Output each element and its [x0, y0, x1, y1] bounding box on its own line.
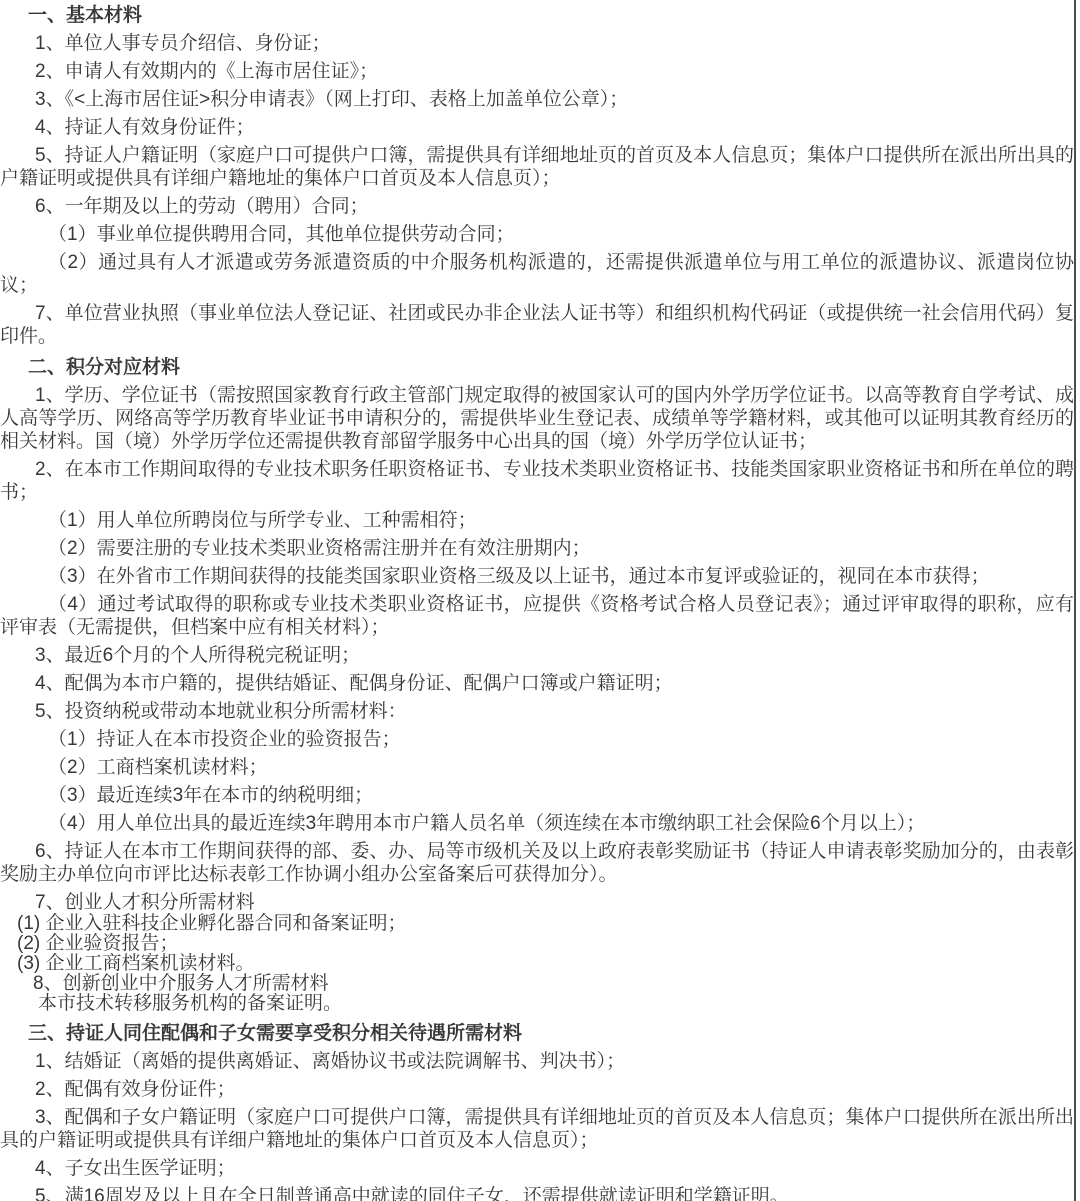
- document-body: 一、基本材料1、单位人事专员介绍信、身份证；2、申请人有效期内的《上海市居住证》…: [0, 0, 1076, 1201]
- tight-list-item: (2) 企业验资报告；: [0, 934, 1074, 954]
- sub-list-item: （4）用人单位出具的最近连续3年聘用本市户籍人员名单（须连续在本市缴纳职工社会保…: [0, 812, 1074, 835]
- sub-list-item: （1）用人单位所聘岗位与所学专业、工种需相符；: [0, 509, 1074, 532]
- sub-list-item: （2）需要注册的专业技术类职业资格需注册并在有效注册期内；: [0, 537, 1074, 560]
- list-item: 1、单位人事专员介绍信、身份证；: [0, 32, 1074, 55]
- list-item: 6、一年期及以上的劳动（聘用）合同；: [0, 195, 1074, 218]
- list-item: 5、满16周岁及以上且在全日制普通高中就读的同住子女，还需提供就读证明和学籍证明…: [0, 1185, 1074, 1201]
- list-item: 3、最近6个月的个人所得税完税证明；: [0, 644, 1074, 667]
- sub-list-item: （3）最近连续3年在本市的纳税明细；: [0, 784, 1074, 807]
- list-item: 4、子女出生医学证明；: [0, 1157, 1074, 1180]
- list-item: 2、配偶有效身份证件；: [0, 1078, 1074, 1101]
- tight-list-item: 8、创新创业中介服务人才所需材料: [0, 974, 1074, 994]
- list-item: 2、在本市工作期间取得的专业技术职务任职资格证书、专业技术类职业资格证书、技能类…: [0, 458, 1074, 504]
- list-item: 7、单位营业执照（事业单位法人登记证、社团或民办非企业法人证书等）和组织机构代码…: [0, 302, 1074, 348]
- sub-list-item: （1）持证人在本市投资企业的验资报告；: [0, 728, 1074, 751]
- list-item: 1、学历、学位证书（需按照国家教育行政主管部门规定取得的被国家认可的国内外学历学…: [0, 384, 1074, 453]
- list-item: 5、投资纳税或带动本地就业积分所需材料：: [0, 700, 1074, 723]
- list-item: 1、结婚证（离婚的提供离婚证、离婚协议书或法院调解书、判决书）；: [0, 1050, 1074, 1073]
- list-item: 3、《<上海市居住证>积分申请表》（网上打印、表格上加盖单位公章）；: [0, 88, 1074, 111]
- section-heading: 二、积分对应材料: [0, 356, 1074, 379]
- section-heading: 一、基本材料: [0, 4, 1074, 27]
- sub-list-item: （2）工商档案机读材料；: [0, 756, 1074, 779]
- list-item: 7、创业人才积分所需材料: [0, 891, 1074, 914]
- list-item: 6、持证人在本市工作期间获得的部、委、办、局等市级机关及以上政府表彰奖励证书（持…: [0, 840, 1074, 886]
- tight-list-item: (3) 企业工商档案机读材料。: [0, 954, 1074, 974]
- sub-list-item: （1）事业单位提供聘用合同，其他单位提供劳动合同；: [0, 223, 1074, 246]
- sub-list-item: （4）通过考试取得的职称或专业技术类职业资格证书，应提供《资格考试合格人员登记表…: [0, 593, 1074, 639]
- sub-list-item: （2）通过具有人才派遣或劳务派遣资质的中介服务机构派遣的，还需提供派遣单位与用工…: [0, 251, 1074, 297]
- list-item: 3、配偶和子女户籍证明（家庭户口可提供户口簿，需提供具有详细地址页的首页及本人信…: [0, 1106, 1074, 1152]
- tight-list-item: 本市技术转移服务机构的备案证明。: [0, 994, 1074, 1014]
- list-item: 2、申请人有效期内的《上海市居住证》；: [0, 60, 1074, 83]
- list-item: 4、持证人有效身份证件；: [0, 116, 1074, 139]
- list-item: 4、配偶为本市户籍的，提供结婚证、配偶身份证、配偶户口簿或户籍证明；: [0, 672, 1074, 695]
- list-item: 5、持证人户籍证明（家庭户口可提供户口簿，需提供具有详细地址页的首页及本人信息页…: [0, 144, 1074, 190]
- sub-list-item: （3）在外省市工作期间获得的技能类国家职业资格三级及以上证书，通过本市复评或验证…: [0, 565, 1074, 588]
- document-page: 一、基本材料1、单位人事专员介绍信、身份证；2、申请人有效期内的《上海市居住证》…: [0, 0, 1080, 1201]
- tight-list-item: (1) 企业入驻科技企业孵化器合同和备案证明；: [0, 914, 1074, 934]
- section-heading: 三、持证人同住配偶和子女需要享受积分相关待遇所需材料: [0, 1022, 1074, 1045]
